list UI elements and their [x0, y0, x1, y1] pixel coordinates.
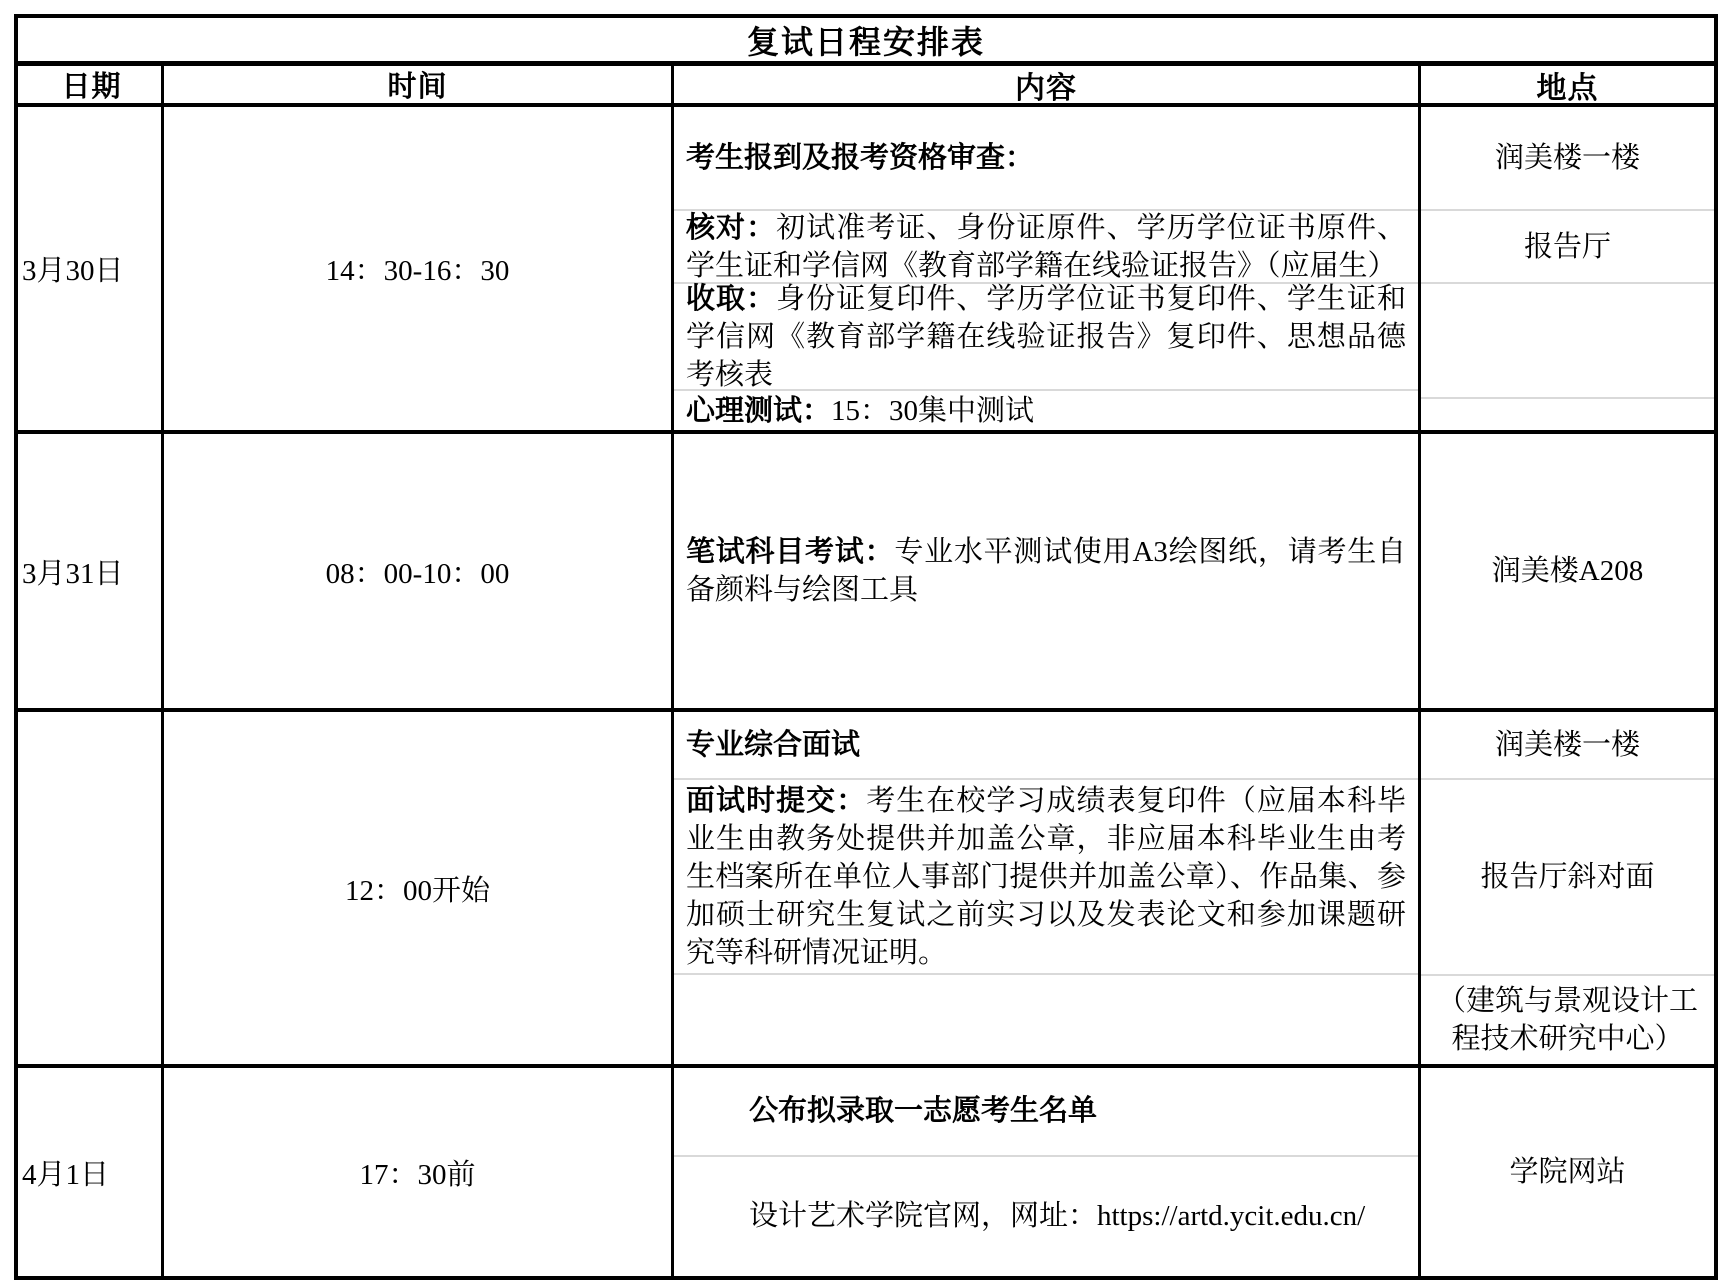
location-block: 润美楼A208: [1421, 434, 1714, 708]
content-cell: 专业综合面试 面试时提交：考生在校学习成绩表复印件（应届本科毕业生由教务处提供并…: [674, 712, 1421, 1064]
content-text: 身份证复印件、学历学位证书复印件、学生证和学信网《教育部学籍在线验证报告》复印件…: [686, 283, 1406, 391]
location-cell: 润美楼A208: [1421, 434, 1714, 708]
header-date: 日期: [18, 66, 164, 103]
content-block: [674, 973, 1418, 1064]
content-text: 15：30集中测试: [831, 395, 1034, 427]
website-url: 设计艺术学院官网，网址：https://artd.ycit.edu.cn/: [749, 1200, 1365, 1232]
table-header-row: 日期 时间 内容 地点: [18, 66, 1714, 103]
table-row: 3月31日 08：00-10：00 笔试科目考试：专业水平测试使用A3绘图纸，请…: [18, 430, 1714, 708]
date-cell: 3月30日: [18, 107, 164, 430]
content-cell: 公布拟录取一志愿考生名单 设计艺术学院官网，网址：https://artd.yc…: [674, 1068, 1421, 1276]
location-block: 报告厅: [1421, 209, 1714, 282]
content-bold-text: 面试时提交：: [686, 785, 866, 817]
content-block: 专业综合面试: [674, 712, 1418, 778]
location-block: [1421, 282, 1714, 397]
time-cell: 14：30-16：30: [164, 107, 674, 430]
location-block: （建筑与景观设计工程技术研究中心）: [1421, 974, 1714, 1064]
content-bold-text: 专业综合面试: [686, 729, 860, 761]
location-block: 学院网站: [1421, 1068, 1714, 1276]
table-row: 4月1日 17：30前 公布拟录取一志愿考生名单 设计艺术学院官网，网址：htt…: [18, 1064, 1714, 1276]
time-cell: 08：00-10：00: [164, 434, 674, 708]
content-bold-text: 核对：: [686, 212, 776, 244]
location-block: 润美楼一楼: [1421, 712, 1714, 778]
content-block: 核对：初试准考证、身份证原件、学历学位证书原件、学生证和学信网《教育部学籍在线验…: [674, 209, 1418, 282]
content-block: 笔试科目考试：专业水平测试使用A3绘图纸，请考生自备颜料与绘图工具: [674, 434, 1418, 708]
date-cell: [18, 712, 164, 1064]
content-block: 心理测试：15：30集中测试: [674, 389, 1418, 430]
content-text: 初试准考证、身份证原件、学历学位证书原件、学生证和学信网《教育部学籍在线验证报告…: [686, 212, 1406, 282]
header-time: 时间: [164, 66, 674, 103]
content-block: 面试时提交：考生在校学习成绩表复印件（应届本科毕业生由教务处提供并加盖公章，非应…: [674, 778, 1418, 973]
schedule-page: 复试日程安排表 日期 时间 内容 地点 3月30日 14：30-16：30 考生…: [0, 0, 1732, 1288]
location-block: [1421, 397, 1714, 430]
header-content: 内容: [674, 66, 1421, 103]
content-block: 公布拟录取一志愿考生名单: [674, 1068, 1418, 1155]
content-cell: 考生报到及报考资格审查： 核对：初试准考证、身份证原件、学历学位证书原件、学生证…: [674, 107, 1421, 430]
content-bold-text: 公布拟录取一志愿考生名单: [749, 1095, 1097, 1127]
location-cell: 润美楼一楼 报告厅: [1421, 107, 1714, 430]
content-block: 收取：身份证复印件、学历学位证书复印件、学生证和学信网《教育部学籍在线验证报告》…: [674, 282, 1418, 389]
content-block: 考生报到及报考资格审查：: [674, 107, 1418, 209]
date-cell: 3月31日: [18, 434, 164, 708]
location-cell: 润美楼一楼 报告厅斜对面 （建筑与景观设计工程技术研究中心）: [1421, 712, 1714, 1064]
date-cell: 4月1日: [18, 1068, 164, 1276]
table-row: 3月30日 14：30-16：30 考生报到及报考资格审查： 核对：初试准考证、…: [18, 103, 1714, 430]
location-block: 润美楼一楼: [1421, 107, 1714, 209]
schedule-table: 复试日程安排表 日期 时间 内容 地点 3月30日 14：30-16：30 考生…: [14, 14, 1718, 1280]
location-cell: 学院网站: [1421, 1068, 1714, 1276]
table-title: 复试日程安排表: [18, 18, 1714, 66]
content-block: 设计艺术学院官网，网址：https://artd.ycit.edu.cn/: [674, 1155, 1418, 1276]
table-row: 12：00开始 专业综合面试 面试时提交：考生在校学习成绩表复印件（应届本科毕业…: [18, 708, 1714, 1064]
time-cell: 12：00开始: [164, 712, 674, 1064]
location-block: 报告厅斜对面: [1421, 778, 1714, 974]
header-location: 地点: [1421, 66, 1714, 103]
content-bold-text: 收取：: [686, 283, 776, 315]
content-bold-text: 笔试科目考试：: [686, 536, 894, 568]
content-cell: 笔试科目考试：专业水平测试使用A3绘图纸，请考生自备颜料与绘图工具: [674, 434, 1421, 708]
content-bold-text: 心理测试：: [686, 395, 831, 427]
content-bold-text: 考生报到及报考资格审查：: [686, 142, 1034, 174]
time-cell: 17：30前: [164, 1068, 674, 1276]
